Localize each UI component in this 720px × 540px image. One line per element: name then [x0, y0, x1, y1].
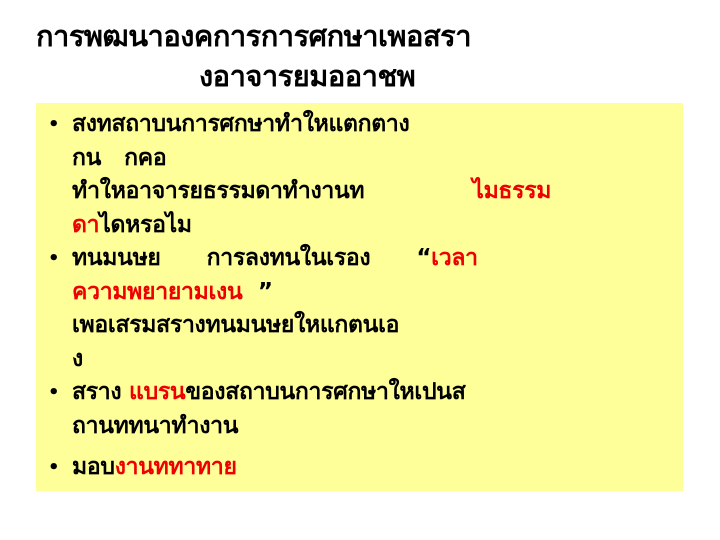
open-quote: “	[416, 245, 431, 271]
text-segment: ถานททนาทำงาน	[72, 413, 238, 439]
bullet-item-3: • สราง แบรนของสถาบนการศกษาใหเปนส ถานททนา…	[36, 376, 696, 443]
bullet-item-1: • สงทสถาบนการศกษาทำใหแตกตาง กน กคอ ทำใหอ…	[36, 108, 696, 242]
bullet-4-line-1: มอบงานททาทาย	[72, 451, 696, 485]
emphasis-text: เวลา	[431, 245, 478, 271]
text-segment: กน กคอ	[72, 145, 166, 171]
bullet-1-line-2: กน กคอ	[72, 142, 696, 176]
bullet-1-line-4: ดาไดหรอไม	[72, 209, 696, 243]
emphasis-text: ไมธรรม	[472, 178, 551, 204]
bullet-dot-icon: •	[48, 451, 59, 485]
emphasis-text: ดา	[72, 212, 99, 238]
text-segment: ทนมนษย	[72, 245, 161, 271]
bullet-list: • สงทสถาบนการศกษาทำใหแตกตาง กน กคอ ทำใหอ…	[36, 108, 696, 485]
slide-title-line-2: งอาจารยมออาชพ	[36, 56, 636, 96]
emphasis-text: ความพยายามเงน	[72, 279, 242, 305]
text-segment: ทำใหอาจารยธรรมดาทำงานท	[72, 178, 364, 204]
text-segment: ของสถาบนการศกษาใหเปนส	[185, 379, 465, 405]
bullet-item-4: • มอบงานททาทาย	[36, 451, 696, 485]
bullet-2-line-3: เพอเสรมสรางทนมนษยใหแกตนเอ	[72, 309, 696, 343]
emphasis-text: แบรน	[129, 379, 185, 405]
text-segment: ง	[72, 346, 83, 372]
bullet-2-line-1: ทนมนษยการลงทนในเรอง“เวลา	[72, 242, 696, 276]
bullet-1-line-3: ทำใหอาจารยธรรมดาทำงานทไมธรรม	[72, 175, 696, 209]
text-segment: การลงทนในเรอง	[207, 245, 371, 271]
text-segment: มอบ	[72, 454, 115, 480]
bullet-3-line-2: ถานททนาทำงาน	[72, 410, 696, 444]
bullet-dot-icon: •	[48, 242, 59, 276]
slide-title-line-1: การพฒนาองคการการศกษาเพอสรา	[36, 16, 636, 56]
bullet-dot-icon: •	[48, 108, 59, 142]
bullet-dot-icon: •	[48, 376, 59, 410]
close-quote: ”	[242, 279, 272, 305]
slide-title: การพฒนาองคการการศกษาเพอสรา งอาจารยมออาชพ	[36, 16, 636, 96]
bullet-1-line-1: สงทสถาบนการศกษาทำใหแตกตาง	[72, 108, 696, 142]
text-segment: สราง	[72, 379, 129, 405]
bullet-3-line-1: สราง แบรนของสถาบนการศกษาใหเปนส	[72, 376, 696, 410]
emphasis-text: งานททาทาย	[115, 454, 237, 480]
text-segment: ไดหรอไม	[99, 212, 191, 238]
text-segment: เพอเสรมสรางทนมนษยใหแกตนเอ	[72, 312, 399, 338]
text-segment: สงทสถาบนการศกษาทำใหแตกตาง	[72, 111, 409, 137]
bullet-item-2: • ทนมนษยการลงทนในเรอง“เวลา ความพยายามเงน…	[36, 242, 696, 376]
bullet-2-line-2: ความพยายามเงน ”	[72, 276, 696, 310]
bullet-2-line-4: ง	[72, 343, 696, 377]
